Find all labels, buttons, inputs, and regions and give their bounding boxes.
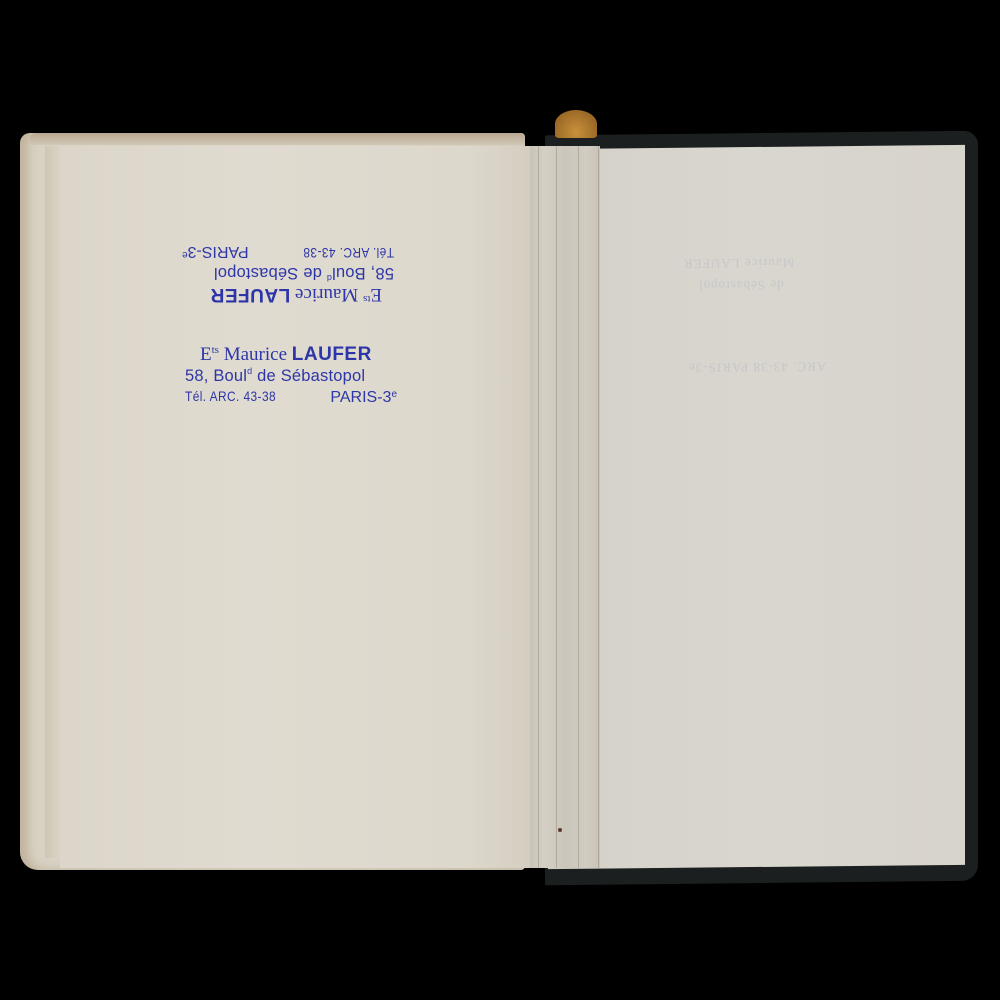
show-through-line: Maurice LAUFER (683, 255, 794, 272)
show-through-line: de Sébastopol (698, 277, 784, 294)
stamp-phone-row: Tél. ARC. 43-38 PARIS-3e (185, 389, 397, 411)
stamp-prefix: E (370, 284, 382, 305)
stamp-prefix-sup: ts (363, 293, 370, 305)
stamp-address-row: 58, Bould de Sébastopol (185, 367, 397, 389)
stamp-address-sup: d (327, 273, 332, 283)
stamp-address-street: de Sébastopol (252, 367, 365, 385)
gutter-crease (538, 146, 539, 868)
board-top-edge (30, 133, 525, 145)
spine-gutter (530, 146, 600, 868)
stamp-firstname: Maurice (224, 344, 287, 365)
stamp-firstname: Maurice (295, 284, 358, 305)
bookmark-ribbon (555, 110, 597, 138)
stamp-city-sup: e (182, 249, 188, 260)
paper-speck (558, 828, 562, 832)
gutter-crease (598, 146, 599, 868)
stamp-surname: LAUFER (210, 284, 290, 305)
stamp-name-row: Ets Maurice LAUFER (182, 282, 394, 304)
stamp-city-text: PARIS-3 (188, 243, 249, 260)
right-endpaper: Maurice LAUFER de Sébastopol ARC. 43-38 … (548, 145, 965, 869)
photo-scene: Maurice LAUFER de Sébastopol ARC. 43-38 … (0, 0, 1000, 1000)
stamp-address-street: de Sébastopol (214, 264, 327, 282)
gutter-crease (556, 146, 557, 868)
stamp-prefix-sup: ts (212, 344, 219, 356)
stamp-city: PARIS-3e (182, 243, 249, 259)
stamp-inverted: Ets Maurice LAUFER 58, Bould de Sébastop… (182, 238, 394, 304)
gutter-crease (578, 146, 579, 868)
stamp-name-row: Ets Maurice LAUFER (185, 345, 397, 367)
stamp-phone-row: Tél. ARC. 43-38 PARIS-3e (182, 238, 394, 260)
stamp-city-sup: e (391, 389, 397, 400)
stamp-address-number: 58, Boul (332, 264, 394, 282)
stamp-phone: Tél. ARC. 43-38 (303, 246, 394, 260)
stamp-city: PARIS-3e (330, 390, 397, 406)
stamp-address-row: 58, Bould de Sébastopol (182, 260, 394, 282)
stamp-surname: LAUFER (292, 344, 372, 365)
show-through-line: ARC. 43-38 PARIS-3e (688, 358, 826, 375)
stamp-upright: Ets Maurice LAUFER 58, Bould de Sébastop… (185, 345, 397, 411)
stamp-prefix: E (200, 344, 212, 365)
stamp-phone: Tél. ARC. 43-38 (185, 389, 276, 403)
stamp-city-text: PARIS-3 (330, 389, 391, 406)
stamp-address-number: 58, Boul (185, 367, 247, 385)
